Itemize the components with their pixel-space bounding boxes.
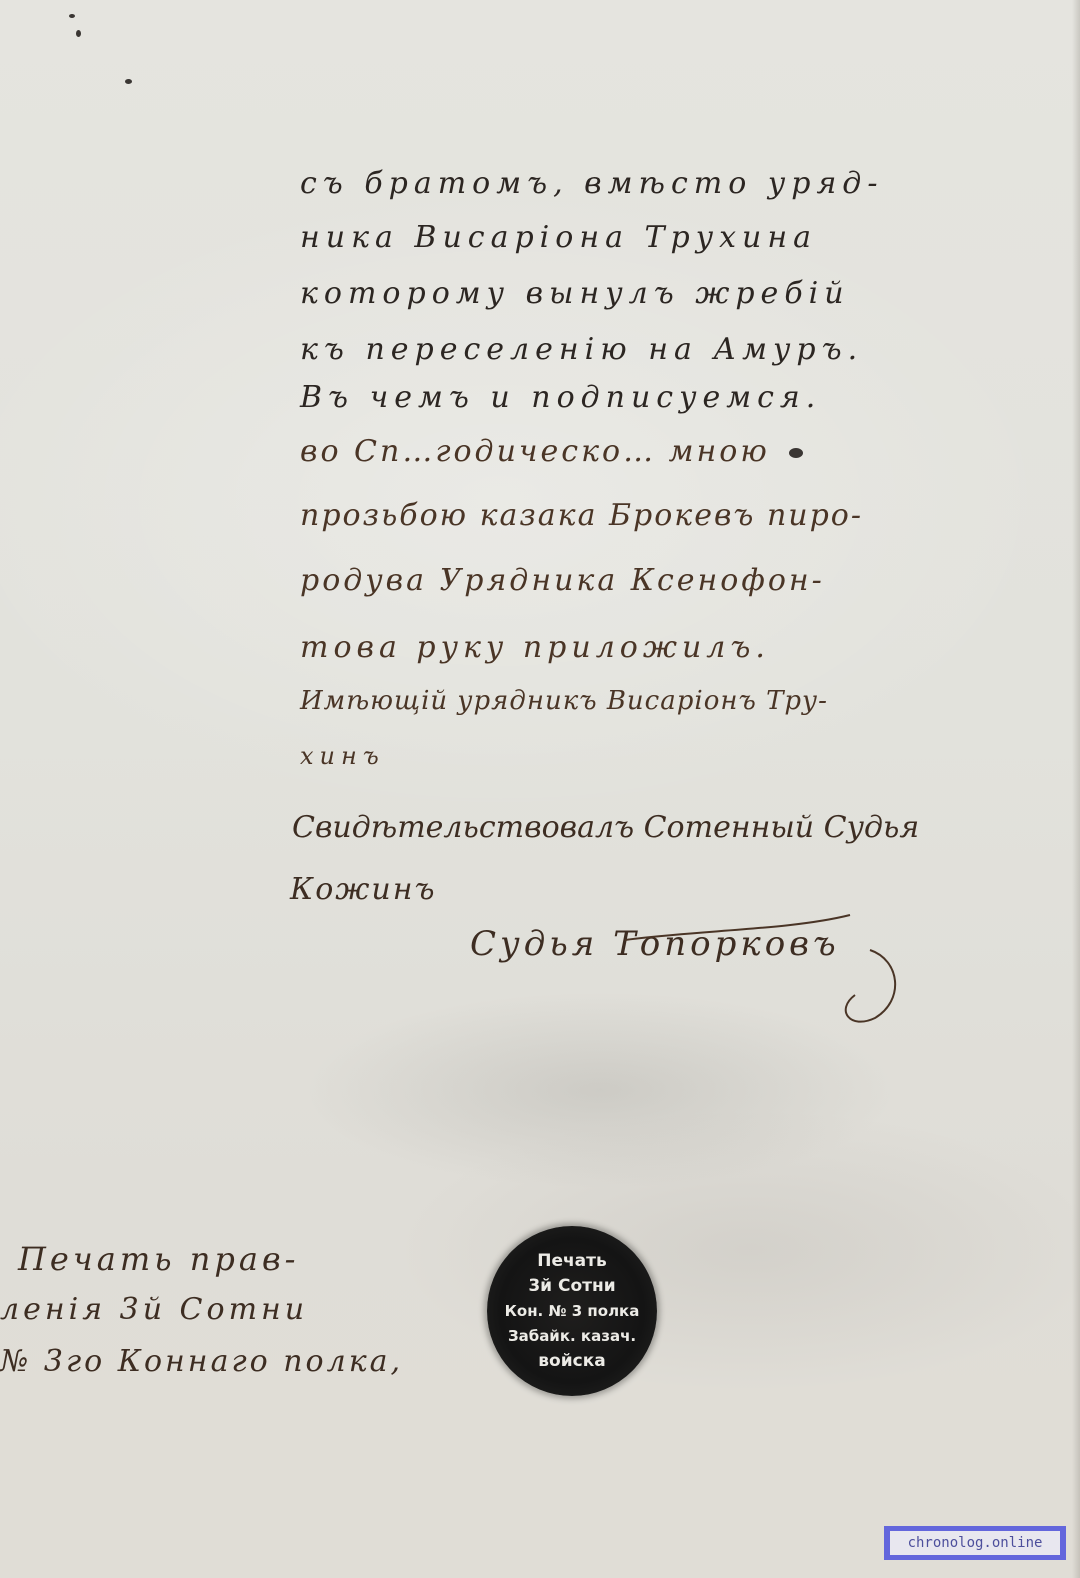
attestation-line: Имѣющій урядникъ Висаріонъ Тру-: [300, 686, 828, 716]
ink-speck: [125, 79, 132, 84]
seal-text-line: 3й Сотни: [528, 1274, 615, 1299]
seal-text-line: Печать: [537, 1249, 607, 1274]
signature-stroke: [620, 910, 860, 950]
watermark-badge: chronolog.online: [884, 1526, 1066, 1560]
ink-blot: [789, 448, 803, 458]
ink-seal-stamp: Печать 3й Сотни Кон. № 3 полка Забайк. к…: [487, 1226, 657, 1396]
body-line: къ переселенію на Амуръ.: [300, 332, 863, 367]
body-line: съ братомъ, вмѣсто уряд-: [300, 166, 883, 201]
attestation-line: прозьбою казака Брокевъ пиро-: [300, 498, 863, 533]
page-edge-shadow: [1072, 0, 1080, 1578]
signature-flourish: [830, 940, 910, 1030]
seal-note-line: № 3го Коннаго полка,: [0, 1344, 403, 1379]
attestation-line: во Сп…годическо… мною: [300, 434, 770, 469]
witness-name: Кожинъ: [290, 872, 436, 907]
attestation-line: това руку приложилъ.: [300, 630, 770, 665]
seal-text-line: Кон. № 3 полка: [505, 1299, 640, 1324]
watermark-text: chronolog.online: [890, 1531, 1060, 1555]
seal-text-line: Забайк. казач.: [508, 1324, 636, 1349]
body-line: которому вынулъ жребій: [300, 276, 850, 311]
witness-line: Свидѣтельствовалъ Сотенный Судья: [292, 810, 919, 845]
seal-note-line: Печать прав-: [18, 1240, 299, 1278]
document-page: съ братомъ, вмѣсто уряд- ника Висаріона …: [0, 0, 1080, 1578]
body-line: ника Висаріона Трухина: [300, 220, 817, 255]
ink-speck: [76, 30, 81, 37]
attestation-line: хинъ: [300, 742, 385, 770]
ink-speck: [69, 14, 75, 18]
seal-note-line: ленія 3й Сотни: [0, 1292, 308, 1327]
seal-text-line: войска: [538, 1349, 605, 1374]
attestation-line: родува Урядника Ксенофон-: [300, 563, 825, 598]
body-line: Въ чемъ и подписуемся.: [300, 380, 821, 415]
